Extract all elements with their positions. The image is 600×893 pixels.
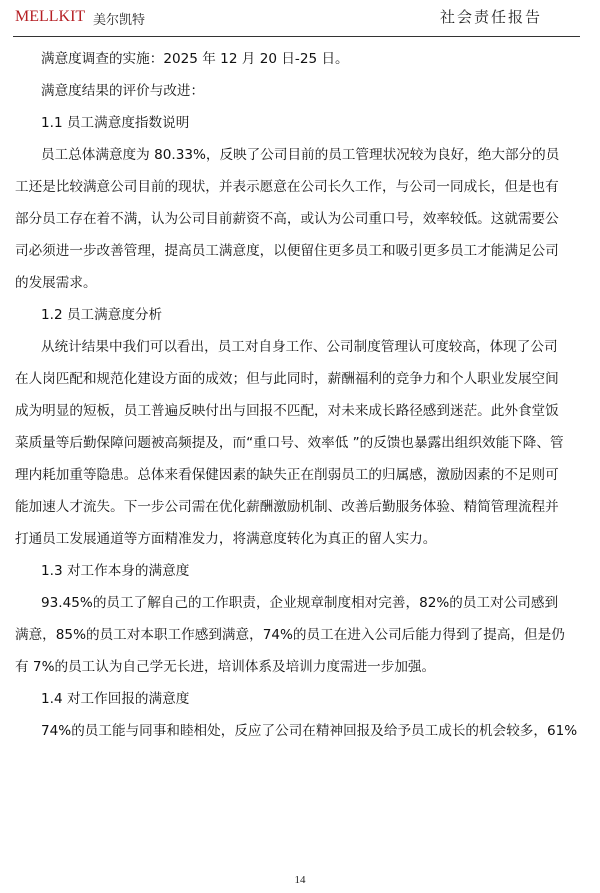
company-name-cn: 美尔凯特 (93, 9, 145, 28)
paragraph-line: 93.45%的员工了解自己的工作职责，企业规章制度相对完善，82%的员工对公司感… (15, 587, 585, 619)
page-number: 14 (0, 874, 600, 886)
paragraph-line: 员工总体满意度为 80.33%，反映了公司目前的员工管理状况较为良好，绝大部分的… (15, 139, 585, 171)
evaluation-heading: 满意度结果的评价与改进： (15, 75, 585, 107)
section-title-1-4: 1.4 对工作回报的满意度 (15, 683, 585, 715)
survey-period: 满意度调查的实施：2025 年 12 月 20 日-25 日。 (15, 43, 585, 75)
paragraph-line: 的发展需求。 (15, 267, 585, 299)
paragraph-line: 打通员工发展通道等方面精准发力，将满意度转化为真正的留人实力。 (15, 523, 585, 555)
section-title-1-3: 1.3 对工作本身的满意度 (15, 555, 585, 587)
paragraph-line: 从统计结果中我们可以看出，员工对自身工作、公司制度管理认可度较高，体现了公司 (15, 331, 585, 363)
report-title: 社会责任报告 (440, 6, 542, 27)
paragraph-line: 能加速人才流失。下一步公司需在优化薪酬激励机制、改善后勤服务体验、精简管理流程并 (15, 491, 585, 523)
paragraph-line: 工还是比较满意公司目前的现状，并表示愿意在公司长久工作，与公司一同成长，但是也有 (15, 171, 585, 203)
paragraph-line: 满意，85%的员工对本职工作感到满意，74%的员工在进入公司后能力得到了提高，但… (15, 619, 585, 651)
paragraph-line: 理内耗加重等隐患。总体来看保健因素的缺失正在削弱员工的归属感，激励因素的不足则可 (15, 459, 585, 491)
paragraph-line: 司必须进一步改善管理，提高员工满意度，以便留住更多员工和吸引更多员工才能满足公司 (15, 235, 585, 267)
paragraph-line: 在人岗匹配和规范化建设方面的成效；但与此同时，薪酬福利的竞争力和个人职业发展空间 (15, 363, 585, 395)
paragraph-line: 成为明显的短板，员工普遍反映付出与回报不匹配，对未来成长路径感到迷茫。此外食堂饭 (15, 395, 585, 427)
document-body: 满意度调查的实施：2025 年 12 月 20 日-25 日。 满意度结果的评价… (15, 43, 585, 747)
section-title-1-1: 1.1 员工满意度指数说明 (15, 107, 585, 139)
paragraph-line: 74%的员工能与同事和睦相处，反应了公司在精神回报及给予员工成长的机会较多，61… (15, 715, 585, 747)
paragraph-line: 部分员工存在着不满，认为公司目前薪资不高，或认为公司重口号，效率较低。这就需要公 (15, 203, 585, 235)
paragraph-line: 有 7%的员工认为自己学无长进，培训体系及培训力度需进一步加强。 (15, 651, 585, 683)
company-logo: MELLKIT (15, 8, 85, 26)
page-header: MELLKIT 美尔凯特 社会责任报告 (13, 0, 580, 37)
section-title-1-2: 1.2 员工满意度分析 (15, 299, 585, 331)
paragraph-line: 菜质量等后勤保障问题被高频提及，而“重口号、效率低 ”的反馈也暴露出组织效能下降… (15, 427, 585, 459)
